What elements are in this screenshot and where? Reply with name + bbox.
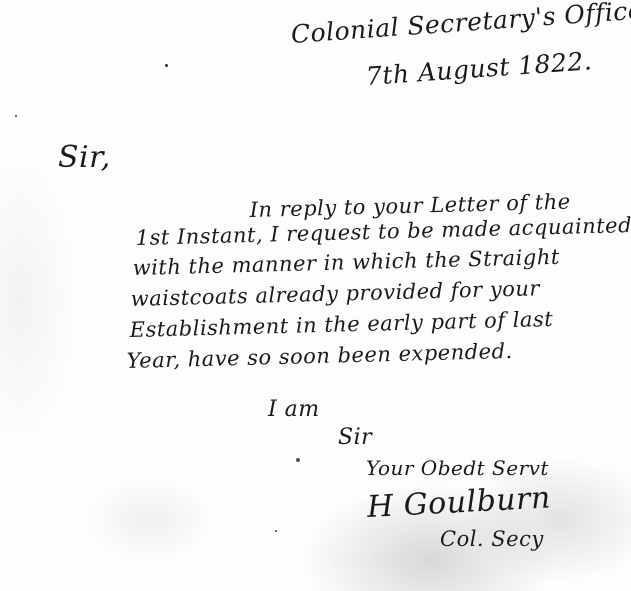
body-line-3: with the manner in which the Straight (132, 245, 560, 280)
closing-servant: Your Obedt Servt (366, 456, 549, 480)
paper-speck (15, 115, 17, 117)
body-line-6: Year, have so soon been expended. (126, 339, 513, 373)
body-line-4: waistcoats already provided for your (130, 276, 540, 311)
signature: H Goulburn (366, 480, 551, 525)
closing-sir: Sir (338, 425, 372, 450)
body-line-5: Establishment in the early part of last (129, 307, 553, 342)
paper-speck (165, 64, 168, 67)
letter-page: Colonial Secretary's Office 7th August 1… (0, 0, 631, 591)
salutation: Sir, (58, 140, 111, 175)
letter-date: 7th August 1822. (365, 46, 593, 91)
paper-speck (296, 458, 300, 462)
office-heading: Colonial Secretary's Office (290, 0, 631, 49)
paper-speck (275, 530, 277, 532)
signatory-title: Col. Secy (440, 527, 544, 551)
closing-i-am: I am (268, 397, 320, 422)
